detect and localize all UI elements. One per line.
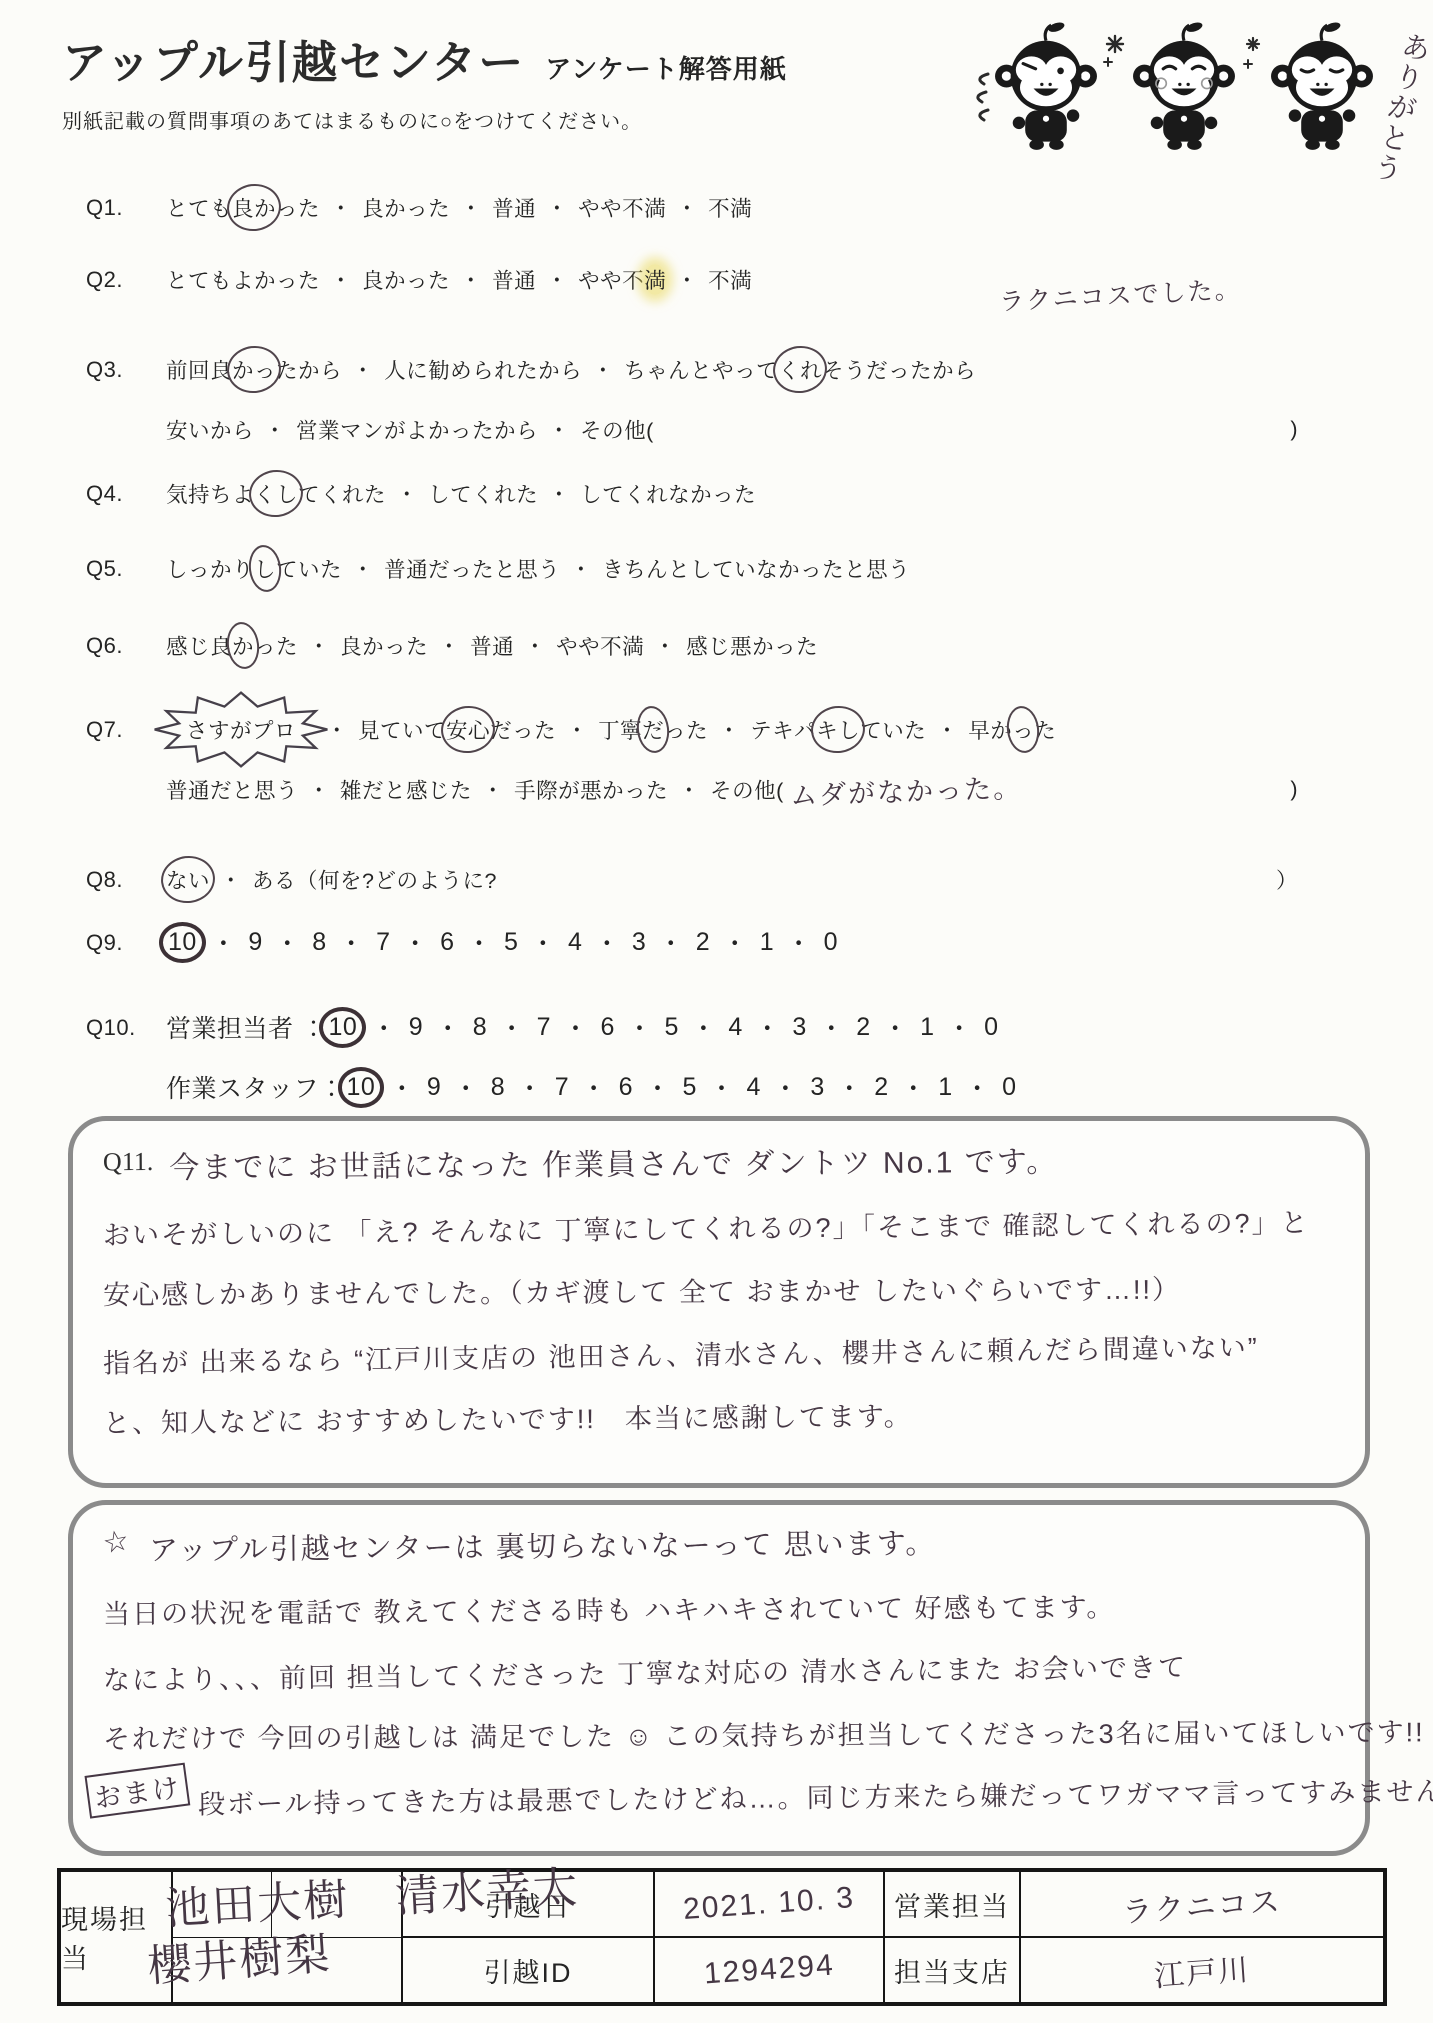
question-options-line: さすがプロ・見ていて安心だった・丁寧だった・テキパキしていた・早かった [166, 712, 1298, 746]
question-Q7: Q7.さすがプロ・見ていて安心だった・丁寧だった・テキパキしていた・早かった普通… [86, 712, 1298, 832]
handwritten-text: 安心感しかありませんでした。（カギ渡して 全て おまかせ したいぐらいです…!!… [103, 1268, 1181, 1313]
option-text: 1 [920, 1013, 934, 1042]
branch-label: 担当支店 [884, 1937, 1020, 2003]
option-text: ていた [860, 714, 926, 745]
option-text: 普通 [492, 192, 536, 223]
sparkle-icon [1098, 32, 1132, 72]
question-options-line: しっかりしていた・普通だったと思う・きちんとしていなかったと思う [166, 551, 1298, 585]
option-text: 8 [473, 1013, 487, 1042]
option-text: 手際が悪かった [514, 774, 668, 805]
separator-dot: ・ [308, 630, 330, 661]
omake-boxed-label: おまけ [85, 1763, 191, 1819]
circled-score: 10 [345, 1073, 378, 1102]
handwritten-text: と、知人などに おすすめしたいです!! 本当に感謝してます。 [103, 1394, 913, 1440]
separator-dot: ・ [627, 1009, 653, 1045]
question-options-line: ない・ある（何を?どのように?） [166, 862, 1298, 896]
option-text: 0 [824, 928, 838, 957]
option-text: 丁寧 [598, 714, 642, 745]
circled-option: 良か [232, 192, 276, 223]
instruction-text: 別紙記載の質問事項のあてはまるものに○をつけてください。 [62, 105, 787, 134]
separator-dot: ・ [389, 1069, 415, 1105]
separator-dot: ・ [499, 1009, 525, 1045]
question-Q3: Q3.前回良かったから・人に勧められたから・ちゃんとやってくれそうだったから安い… [86, 352, 1298, 472]
separator-dot: ・ [676, 192, 698, 223]
option-text: 9 [409, 1013, 423, 1042]
separator-dot: ・ [819, 1009, 845, 1045]
option-text: 5 [683, 1073, 697, 1102]
option-text: ある（何を?どのように? [252, 864, 497, 895]
question-options-line: 10・9・8・7・6・5・4・3・2・1・0 [166, 925, 1298, 959]
move-id-value: 1294294 [654, 1937, 884, 2003]
circled-option: ない [166, 864, 210, 895]
separator-dot: ・ [883, 1009, 909, 1045]
option-text: 感じ良 [166, 630, 232, 661]
option-text: 9 [248, 928, 262, 957]
separator-dot: ・ [453, 1069, 479, 1105]
handwritten-text: 段ボール持ってきた方は最悪でしたけどね…。同じ方来たら嫌だってワガママ言ってすみ… [198, 1769, 1433, 1822]
site-staff-value: 池田大樹 清水幸太 櫻井樹梨 [172, 1871, 402, 2003]
question-Q5: Q5.しっかりしていた・普通だったと思う・きちんとしていなかったと思う [86, 551, 1298, 611]
highlighted-option: 満 [644, 264, 666, 295]
question-Q6: Q6.感じ良かった・良かった・普通・やや不満・感じ悪かった [86, 628, 1298, 688]
circled-option: くれ [778, 354, 822, 385]
handwritten-note: ラクニコスでした。 [998, 270, 1242, 319]
mascot-group: ありがとう [968, 22, 1419, 200]
option-text: だった [490, 714, 556, 745]
question-label: Q6. [86, 633, 146, 659]
handwritten-answer: ムダがなかった。 [789, 765, 1022, 812]
option-text: 普通だったと思う [384, 553, 560, 584]
question-Q4: Q4.気持ちよくしてくれた・してくれた・してくれなかった [86, 476, 1298, 536]
question-label: Q10. [86, 1015, 146, 1041]
footer-table: 引越日 2021. 10. 3 営業担当 ラクニコス 現場担当 池田大樹 清水幸… [57, 1868, 1387, 2006]
separator-dot: ・ [460, 264, 482, 295]
separator-dot: ・ [645, 1069, 671, 1105]
handwritten-comment-line: なにより、、、前回 担当してくださった 丁寧な対応の 清水さんにまた お会いでき… [103, 1643, 1339, 1697]
separator-dot: ・ [773, 1069, 799, 1105]
question-options-line: とても良かった・良かった・普通・やや不満・不満 [166, 190, 1298, 224]
question-label: Q7. [86, 717, 146, 743]
handwritten-comment-line: Q11.今までに お世話になった 作業員さんで ダントツ No.1 です。 [103, 1135, 1339, 1188]
monkey-mascot-icon [1270, 22, 1374, 152]
question-label: Q8. [86, 867, 146, 893]
separator-dot: ・ [435, 1009, 461, 1045]
monkey-mascot-icon [994, 22, 1098, 152]
option-text: 普通 [470, 630, 514, 661]
separator-dot: ・ [530, 924, 556, 960]
question-Q2: Q2.とてもよかった・良かった・普通・やや不満・不満ラクニコスでした。 [86, 262, 1298, 322]
handwritten-comment-line: 指名が 出来るなら “江戸川支店の 池田さん、清水さん、櫻井さんに頼んだら間違い… [103, 1324, 1339, 1380]
sparkle-icon [1236, 32, 1270, 72]
star-mark: ☆ [100, 1522, 134, 1562]
option-text: 良かった [362, 264, 450, 295]
separator-dot: ・ [581, 1069, 607, 1105]
option-text: 作業スタッフ： [166, 1069, 345, 1105]
separator-dot: ・ [524, 630, 546, 661]
separator-dot: ・ [755, 1009, 781, 1045]
separator-dot: ・ [220, 864, 242, 895]
question-label: Q11. [103, 1147, 154, 1177]
separator-dot: ・ [546, 192, 568, 223]
handwritten-text: 今までに お世話になった 作業員さんで ダントツ No.1 です。 [169, 1137, 1058, 1187]
option-text: とてもよかった [166, 264, 320, 295]
handwritten-comment-line: と、知人などに おすすめしたいです!! 本当に感謝してます。 [103, 1391, 1339, 1441]
option-text: その他( [580, 414, 654, 445]
separator-dot: ・ [691, 1009, 717, 1045]
question-Q1: Q1.とても良かった・良かった・普通・やや不満・不満 [86, 190, 1298, 250]
separator-dot: ・ [330, 192, 352, 223]
option-text: そうだったから [822, 354, 976, 385]
separator-dot: ・ [947, 1009, 973, 1045]
sheet-title: アンケート解答用紙 [545, 49, 786, 86]
option-text: 見ていて [358, 714, 446, 745]
separator-dot: ・ [330, 264, 352, 295]
option-text: 9 [427, 1073, 441, 1102]
handwritten-text: 指名が 出来るなら “江戸川支店の 池田さん、清水さん、櫻井さんに頼んだら間違い… [103, 1325, 1259, 1380]
brand-title: アップル引越センター [62, 26, 525, 91]
comment-box-star: ☆アップル引越センターは 裏切らないなーって 思います。当日の状況を電話で 教え… [68, 1500, 1370, 1856]
circled-score: 10 [166, 928, 199, 957]
option-text: ) [1290, 417, 1298, 442]
option-text: 営業担当者 ： [166, 1009, 326, 1045]
separator-dot: ・ [566, 714, 588, 745]
option-text: 3 [792, 1013, 806, 1042]
option-text: とても [166, 192, 232, 223]
option-text: その他( [710, 774, 784, 805]
separator-dot: ・ [718, 714, 740, 745]
option-text: 4 [746, 1073, 760, 1102]
option-text: 不満 [708, 264, 752, 295]
separator-dot: ・ [548, 414, 570, 445]
option-text: 8 [312, 928, 326, 957]
question-label: Q2. [86, 267, 146, 293]
separator-dot: ・ [837, 1069, 863, 1105]
option-text: 1 [938, 1073, 952, 1102]
circled-option: し [254, 553, 276, 584]
option-text: 良かった [362, 192, 450, 223]
option-text: 7 [537, 1013, 551, 1042]
option-text: 0 [1002, 1073, 1016, 1102]
option-text: ） [1276, 864, 1298, 895]
handwritten-text: 当日の状況を電話で 教えてくださる時も ハキハキされていて 好感もてます。 [103, 1585, 1116, 1631]
option-text: しっかり [166, 553, 254, 584]
separator-dot: ・ [709, 1069, 735, 1105]
separator-dot: ・ [371, 1009, 397, 1045]
question-options-line: 安いから・営業マンがよかったから・その他() [166, 412, 1298, 446]
separator-dot: ・ [467, 924, 493, 960]
starburst-mark [152, 690, 330, 769]
separator-dot: ・ [658, 924, 684, 960]
separator-dot: ・ [352, 354, 374, 385]
separator-dot: ・ [275, 924, 301, 960]
survey-sheet: アップル引越センター アンケート解答用紙 別紙記載の質問事項のあてはまるものに○… [0, 0, 1433, 2023]
option-text: 3 [632, 928, 646, 957]
separator-dot: ・ [563, 1009, 589, 1045]
option-text: やや不満 [578, 192, 666, 223]
option-text: 5 [504, 928, 518, 957]
option-text: 普通だと思う [166, 774, 298, 805]
option-text: ちゃんとやって [624, 354, 778, 385]
option-text: してくれなかった [580, 478, 756, 509]
question-Q9: Q9.10・9・8・7・6・5・4・3・2・1・0 [86, 925, 1298, 985]
option-text: テキパ [750, 714, 816, 745]
option-text: ていた [276, 553, 342, 584]
circled-option: 安心 [446, 714, 490, 745]
separator-dot: ・ [594, 924, 620, 960]
sales-rep-label: 営業担当 [884, 1871, 1020, 1937]
question-label: Q5. [86, 556, 146, 582]
handwritten-comment-line: 安心感しかありませんでした。（カギ渡して 全て おまかせ したいぐらいです…!!… [103, 1267, 1339, 1312]
question-options-line: 営業担当者 ：10・9・8・7・6・5・4・3・2・1・0 [166, 1010, 1298, 1044]
separator-dot: ・ [211, 924, 237, 960]
separator-dot: ・ [308, 774, 330, 805]
separator-dot: ・ [592, 354, 614, 385]
handwritten-comment-line: それだけで 今回の引越しは 満足でした ☺ この気持ちが担当してくださった3名に… [103, 1711, 1339, 1756]
question-options-line: 普通だと思う・雑だと感じた・手際が悪かった・その他(ムダがなかった。) [166, 772, 1298, 806]
question-options-line: 感じ良かった・良かった・普通・やや不満・感じ悪かった [166, 628, 1298, 662]
header: アップル引越センター アンケート解答用紙 別紙記載の質問事項のあてはまるものに○… [62, 26, 787, 134]
handwritten-comment-line: 当日の状況を電話で 教えてくださる時も ハキハキされていて 好感もてます。 [103, 1584, 1339, 1632]
question-label: Q4. [86, 481, 146, 507]
option-text: たから [276, 354, 342, 385]
question-options-line: とてもよかった・良かった・普通・やや不満・不満ラクニコスでした。 [166, 262, 1298, 296]
separator-dot: ・ [654, 630, 676, 661]
circled-option: か [232, 630, 254, 661]
option-text: 前回良 [166, 354, 232, 385]
option-text: 0 [984, 1013, 998, 1042]
question-options-line: 気持ちよくしてくれた・してくれた・してくれなかった [166, 476, 1298, 510]
circled-option: かっ [232, 354, 276, 385]
option-text: 気持ちよ [166, 478, 254, 509]
sales-rep-value: ラクニコス [1020, 1871, 1384, 1937]
option-text: 良かった [340, 630, 428, 661]
option-text: ) [1290, 777, 1298, 802]
separator-dot: ・ [676, 264, 698, 295]
option-text: やや不 [578, 264, 644, 295]
option-text: 5 [664, 1013, 678, 1042]
separator-dot: ・ [403, 924, 429, 960]
motion-lines-icon [968, 68, 994, 128]
comment-box-q11-lines: Q11.今までに お世話になった 作業員さんで ダントツ No.1 です。おいそ… [103, 1139, 1339, 1435]
separator-dot: ・ [546, 264, 568, 295]
option-text: 雑だと感じた [340, 774, 472, 805]
separator-dot: ・ [965, 1069, 991, 1105]
question-label: Q9. [86, 930, 146, 956]
separator-dot: ・ [901, 1069, 927, 1105]
handwritten-comment-line: おまけ段ボール持ってきた方は最悪でしたけどね…。同じ方来たら嫌だってワガママ言っ… [103, 1771, 1339, 1823]
separator-dot: ・ [936, 714, 958, 745]
circled-option: くし [254, 478, 298, 509]
option-text: た [1034, 714, 1056, 745]
option-text: 3 [810, 1073, 824, 1102]
option-text: 2 [874, 1073, 888, 1102]
handwritten-text: なにより、、、前回 担当してくださった 丁寧な対応の 清水さんにまた お会いでき… [103, 1645, 1187, 1697]
separator-dot: ・ [482, 774, 504, 805]
option-text: った [664, 714, 708, 745]
option-text: 早か [968, 714, 1012, 745]
option-text: きちんとしていなかったと思う [602, 553, 910, 584]
separator-dot: ・ [460, 192, 482, 223]
option-text: 7 [376, 928, 390, 957]
option-text: 不満 [708, 192, 752, 223]
option-text: 人に勧められたから [384, 354, 582, 385]
circled-score: 10 [326, 1013, 359, 1042]
option-text: 普通 [492, 264, 536, 295]
circled-option: キし [816, 714, 860, 745]
comment-box-q11: Q11.今までに お世話になった 作業員さんで ダントツ No.1 です。おいそ… [68, 1116, 1370, 1488]
option-text: 2 [856, 1013, 870, 1042]
option-text: 7 [555, 1073, 569, 1102]
branch-value: 江戸川 [1020, 1937, 1384, 2003]
question-label: Q1. [86, 195, 146, 221]
option-text: 2 [696, 928, 710, 957]
separator-dot: ・ [722, 924, 748, 960]
circled-option: だ [642, 714, 664, 745]
option-text: 4 [728, 1013, 742, 1042]
option-text: 1 [760, 928, 774, 957]
separator-dot: ・ [438, 630, 460, 661]
move-date-value: 2021. 10. 3 [654, 1871, 884, 1937]
separator-dot: ・ [396, 478, 418, 509]
option-text: てくれた [298, 478, 386, 509]
move-id-label: 引越ID [402, 1937, 654, 2003]
circled-option: さすがプロ [166, 710, 316, 749]
question-options-line: 前回良かったから・人に勧められたから・ちゃんとやってくれそうだったから [166, 352, 1298, 386]
option-text: 6 [619, 1073, 633, 1102]
option-text: 営業マンがよかったから [296, 414, 538, 445]
question-label: Q3. [86, 357, 146, 383]
handwritten-text: おいそがしいのに 「え? そんなに 丁寧にしてくれるの?」「そこまで 確認してく… [103, 1201, 1310, 1253]
option-text: 6 [601, 1013, 615, 1042]
option-text: った [254, 630, 298, 661]
separator-dot: ・ [678, 774, 700, 805]
handwritten-comment-line: おいそがしいのに 「え? そんなに 丁寧にしてくれるの?」「そこまで 確認してく… [103, 1201, 1339, 1253]
option-text: 8 [491, 1073, 505, 1102]
separator-dot: ・ [570, 553, 592, 584]
question-options-line: 作業スタッフ：10・9・8・7・6・5・4・3・2・1・0 [166, 1070, 1298, 1104]
monkey-mascot-icon [1132, 22, 1236, 152]
separator-dot: ・ [352, 553, 374, 584]
option-text: 6 [440, 928, 454, 957]
separator-dot: ・ [339, 924, 365, 960]
option-text: してくれた [428, 478, 538, 509]
comment-box-star-lines: ☆アップル引越センターは 裏切らないなーって 思います。当日の状況を電話で 教え… [103, 1523, 1339, 1816]
handwritten-text: アップル引越センターは 裏切らないなーって 思います。 [149, 1521, 937, 1569]
option-text: やや不満 [556, 630, 644, 661]
separator-dot: ・ [264, 414, 286, 445]
handwritten-comment-line: ☆アップル引越センターは 裏切らないなーって 思います。 [103, 1518, 1339, 1570]
separator-dot: ・ [517, 1069, 543, 1105]
site-staff-names-line2: 櫻井樹梨 [145, 1918, 333, 1995]
option-text: 安いから [166, 414, 254, 445]
handwritten-text: それだけで 今回の引越しは 満足でした ☺ この気持ちが担当してくださった3名に… [103, 1710, 1425, 1756]
option-text: 感じ悪かった [686, 630, 818, 661]
circled-option: っ [1012, 714, 1034, 745]
option-text: った [276, 192, 320, 223]
separator-dot: ・ [548, 478, 570, 509]
option-text: 4 [568, 928, 582, 957]
separator-dot: ・ [786, 924, 812, 960]
question-Q8: Q8.ない・ある（何を?どのように?） [86, 862, 1298, 922]
question-Q10: Q10.営業担当者 ：10・9・8・7・6・5・4・3・2・1・0作業スタッフ：… [86, 1010, 1298, 1130]
